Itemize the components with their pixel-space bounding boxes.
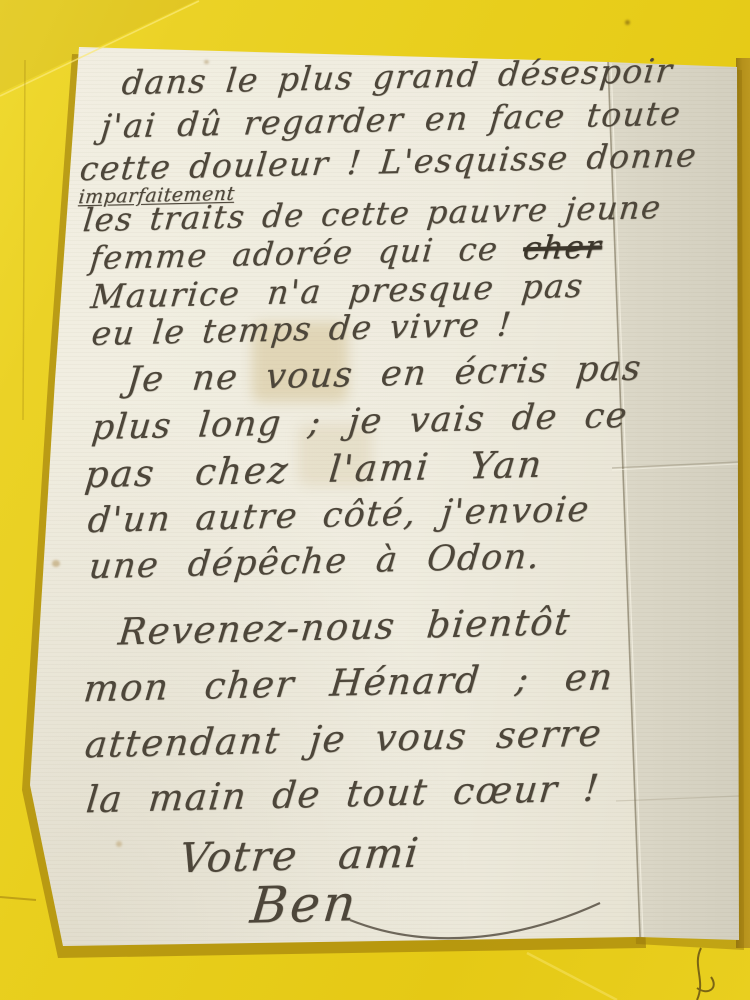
letter-line: d'un autre côté, j'envoie xyxy=(86,490,592,541)
letter-line: dans le plus grand désespoir xyxy=(120,51,675,103)
letter-line: attendant je vous serre xyxy=(83,711,604,766)
letter-photograph: dans le plus grand désespoir j'ai dû reg… xyxy=(0,0,750,1000)
letter-line: la main de tout cœur ! xyxy=(84,767,602,822)
struck-word: cher xyxy=(521,227,604,267)
signature-closing: Votre ami xyxy=(177,829,422,883)
letter-line: eu le temps de vivre ! xyxy=(90,304,514,353)
letter-line: Revenez-nous bientôt xyxy=(116,600,572,653)
letter-line: mon cher Hénard ; en xyxy=(82,655,616,710)
signature-name: Ben xyxy=(248,874,361,935)
letter-line: plus long ; je vais de ce xyxy=(90,396,630,448)
handwriting-layer: dans le plus grand désespoir j'ai dû reg… xyxy=(0,0,750,1000)
letter-line: une dépêche à Odon. xyxy=(87,537,542,587)
letter-line: Je ne vous en écris pas xyxy=(125,349,644,401)
letter-line: pas chez l'ami Yan xyxy=(83,443,546,497)
